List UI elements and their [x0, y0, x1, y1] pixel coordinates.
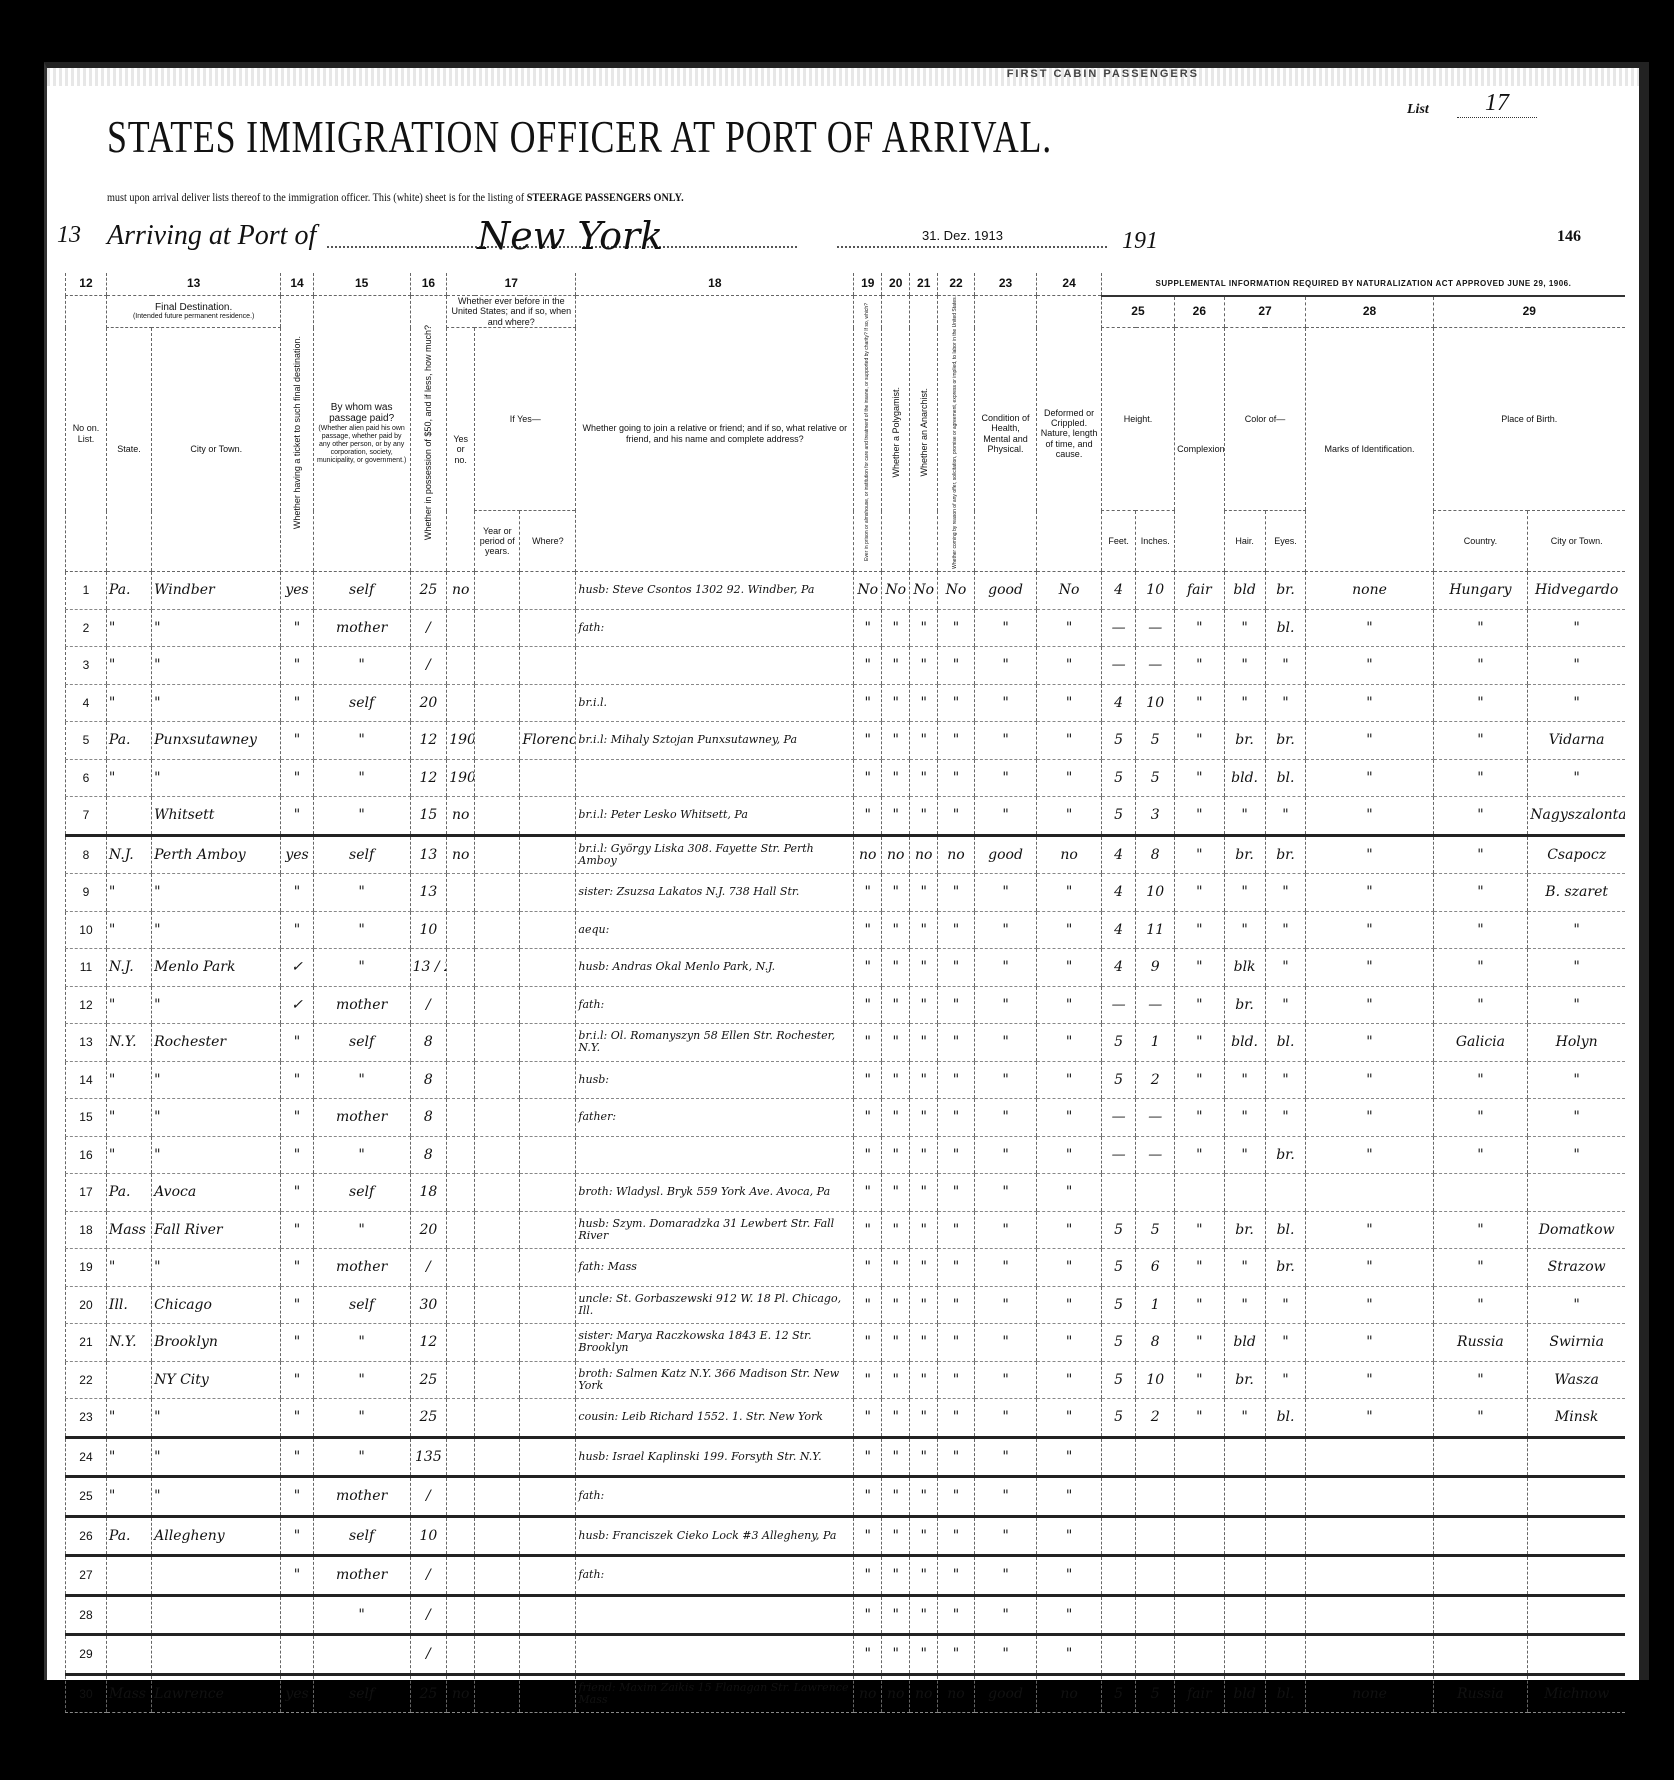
- cell-anarchist: ": [910, 1361, 938, 1399]
- col-num-19: 19: [854, 273, 882, 296]
- cell-complexion: ": [1175, 684, 1225, 722]
- cell-prison: ": [854, 1595, 882, 1635]
- cell-money: 10: [410, 911, 447, 949]
- cell-birth-city: ": [1528, 986, 1625, 1024]
- cell-health: ": [974, 911, 1036, 949]
- cell-relative: fath:: [576, 609, 854, 647]
- cell-before-yes-no: [447, 647, 475, 685]
- cell-height-feet: [1101, 1516, 1135, 1556]
- cell-state: ": [106, 1437, 151, 1477]
- cell-height-inches: [1136, 1437, 1175, 1477]
- cell-height-inches: 5: [1136, 1211, 1175, 1249]
- cell-height-inches: 5: [1136, 759, 1175, 797]
- cell-money: 18: [410, 1174, 447, 1212]
- cell-height-feet: [1101, 1556, 1135, 1596]
- cell-state: Mass: [106, 1211, 151, 1249]
- cell-ticket: ": [281, 1361, 313, 1399]
- cell-hair: ": [1224, 1286, 1265, 1324]
- cell-complexion: [1175, 1595, 1225, 1635]
- table-row: 30 Mass Lawrence yes self 25 no friend: …: [66, 1674, 1626, 1713]
- cell-passage-paid: ": [313, 1211, 410, 1249]
- cell-before-yes-no: [447, 1635, 475, 1675]
- cell-year-period: [475, 1136, 520, 1174]
- header-hair: Hair.: [1224, 511, 1265, 572]
- cell-city: ": [152, 911, 281, 949]
- cell-city: [152, 1556, 281, 1596]
- cell-passage-paid: ": [313, 911, 410, 949]
- top-strip: [47, 68, 1639, 86]
- cell-passage-paid: self: [313, 572, 410, 610]
- cell-deformed: ": [1037, 722, 1102, 760]
- cell-birth-country: ": [1433, 1099, 1528, 1137]
- col-num-21: 21: [910, 273, 938, 296]
- cell-anarchist: ": [910, 1516, 938, 1556]
- header-polygamist: Whether a Polygamist.: [882, 296, 910, 572]
- cell-passage-paid: self: [313, 1674, 410, 1713]
- cell-ticket: ": [281, 1286, 313, 1324]
- cell-contract: ": [938, 1024, 975, 1062]
- cell-height-inches: 2: [1136, 1061, 1175, 1099]
- header-city: City or Town.: [152, 328, 281, 572]
- table-row: 27 " mother / fath: " " " " " ": [66, 1556, 1626, 1596]
- cell-prison: ": [854, 1556, 882, 1596]
- cell-money: 25: [410, 572, 447, 610]
- cell-where: [520, 1674, 576, 1713]
- cell-marks: ": [1306, 1324, 1433, 1362]
- table-row: 8 N.J. Perth Amboy yes self 13 no br.i.l…: [66, 835, 1626, 874]
- cell-prison: ": [854, 911, 882, 949]
- anarchist-label: Whether an Anarchist.: [919, 388, 929, 477]
- cell-complexion: ": [1175, 835, 1225, 874]
- cell-city: Avoca: [152, 1174, 281, 1212]
- cell-relative: sister: Marya Raczkowska 1843 E. 12 Str.…: [576, 1324, 854, 1362]
- cell-prison: ": [854, 609, 882, 647]
- col-num-18: 18: [576, 273, 854, 296]
- row-number: 17: [66, 1174, 107, 1212]
- table-row: 7 Whitsett " " 15 no br.i.l: Peter Lesko…: [66, 797, 1626, 836]
- cell-eyes: ": [1265, 949, 1306, 987]
- cell-health: good: [974, 835, 1036, 874]
- cell-height-feet: [1101, 1477, 1135, 1517]
- cell-where: [520, 1099, 576, 1137]
- cell-complexion: ": [1175, 1136, 1225, 1174]
- cell-hair: bld.: [1224, 759, 1265, 797]
- cell-state: Pa.: [106, 1516, 151, 1556]
- cell-money: 25: [410, 1399, 447, 1438]
- cell-eyes: bl.: [1265, 1399, 1306, 1438]
- cell-complexion: [1175, 1635, 1225, 1675]
- cell-birth-city: ": [1528, 949, 1625, 987]
- cell-polygamist: ": [882, 1061, 910, 1099]
- cell-where: [520, 1286, 576, 1324]
- cell-contract: ": [938, 1477, 975, 1517]
- cell-height-inches: —: [1136, 1099, 1175, 1137]
- cell-anarchist: ": [910, 684, 938, 722]
- cell-relative: broth: Wladysl. Bryk 559 York Ave. Avoca…: [576, 1174, 854, 1212]
- cell-anarchist: ": [910, 1099, 938, 1137]
- cell-city: ": [152, 647, 281, 685]
- cell-health: ": [974, 949, 1036, 987]
- passage-paid-note: (Whether alien paid his own passage, whe…: [316, 425, 408, 465]
- cell-relative: aequ:: [576, 911, 854, 949]
- cell-relative: husb: Steve Csontos 1302 92. Windber, Pa: [576, 572, 854, 610]
- cell-money: 15: [410, 797, 447, 836]
- cell-prison: ": [854, 1136, 882, 1174]
- cell-polygamist: ": [882, 1211, 910, 1249]
- table-row: 16 " " " " 8 " " " " " " — — " " br. " "…: [66, 1136, 1626, 1174]
- cell-relative: husb:: [576, 1061, 854, 1099]
- cell-state: N.J.: [106, 949, 151, 987]
- top-strip-text: FIRST CABIN PASSENGERS: [1007, 68, 1199, 80]
- cell-money: 10: [410, 1516, 447, 1556]
- cell-ticket: yes: [281, 835, 313, 874]
- cell-prison: ": [854, 949, 882, 987]
- cell-marks: ": [1306, 1024, 1433, 1062]
- cell-city: Whitsett: [152, 797, 281, 836]
- row-number: 20: [66, 1286, 107, 1324]
- cell-eyes: bl.: [1265, 609, 1306, 647]
- cell-year-period: [475, 572, 520, 610]
- cell-before-yes-no: [447, 1286, 475, 1324]
- cell-where: [520, 1595, 576, 1635]
- cell-marks: [1306, 1516, 1433, 1556]
- cell-contract: ": [938, 759, 975, 797]
- cell-birth-city: Vidarna: [1528, 722, 1625, 760]
- cell-money: /: [410, 1635, 447, 1675]
- cell-ticket: ": [281, 1099, 313, 1137]
- cell-passage-paid: ": [313, 1136, 410, 1174]
- cell-state: N.Y.: [106, 1324, 151, 1362]
- cell-anarchist: ": [910, 1024, 938, 1062]
- manifest-sheet: FIRST CABIN PASSENGERS STATES IMMIGRATIO…: [44, 62, 1649, 1680]
- cell-height-inches: [1136, 1516, 1175, 1556]
- cell-deformed: ": [1037, 1556, 1102, 1596]
- row-number: 25: [66, 1477, 107, 1517]
- cell-eyes: ": [1265, 1286, 1306, 1324]
- arrival-row: 13 Arriving at Port of New York 31. Dez.…: [57, 218, 1617, 258]
- cell-state: ": [106, 1099, 151, 1137]
- contract-label: Whether coming by reason of any offer, s…: [953, 296, 959, 569]
- cell-polygamist: ": [882, 1174, 910, 1212]
- cell-deformed: ": [1037, 609, 1102, 647]
- cell-before-yes-no: [447, 1595, 475, 1635]
- subtitle-text: must upon arrival deliver lists thereof …: [107, 190, 527, 204]
- row-number: 3: [66, 647, 107, 685]
- cell-eyes: [1265, 1174, 1306, 1212]
- cell-hair: br.: [1224, 722, 1265, 760]
- cell-state: ": [106, 647, 151, 685]
- cell-prison: ": [854, 1437, 882, 1477]
- cell-ticket: ": [281, 1516, 313, 1556]
- cell-complexion: ": [1175, 1061, 1225, 1099]
- table-row: 19 " " " mother / fath: Mass " " " " " "…: [66, 1249, 1626, 1287]
- cell-city: ": [152, 684, 281, 722]
- header-if-yes: If Yes—: [475, 328, 576, 511]
- cell-prison: ": [854, 1249, 882, 1287]
- cell-money: 13: [410, 874, 447, 912]
- cell-money: 25: [410, 1361, 447, 1399]
- cell-height-inches: —: [1136, 1136, 1175, 1174]
- cell-health: ": [974, 1211, 1036, 1249]
- cell-polygamist: ": [882, 1399, 910, 1438]
- cell-height-feet: 5: [1101, 1324, 1135, 1362]
- cell-ticket: ": [281, 1399, 313, 1438]
- cell-eyes: bl.: [1265, 759, 1306, 797]
- cell-birth-country: ": [1433, 759, 1528, 797]
- cell-relative: broth: Salmen Katz N.Y. 366 Madison Str.…: [576, 1361, 854, 1399]
- cell-contract: ": [938, 1099, 975, 1137]
- cell-height-feet: 5: [1101, 1211, 1135, 1249]
- cell-height-feet: 5: [1101, 1399, 1135, 1438]
- cell-where: [520, 1249, 576, 1287]
- cell-city: [152, 1635, 281, 1675]
- cell-where: [520, 759, 576, 797]
- cell-before-yes-no: [447, 874, 475, 912]
- header-country: Country.: [1433, 511, 1528, 572]
- cell-before-yes-no: 1908/13: [447, 759, 475, 797]
- cell-marks: [1306, 1437, 1433, 1477]
- cell-prison: ": [854, 684, 882, 722]
- cell-prison: ": [854, 1324, 882, 1362]
- cell-deformed: no: [1037, 835, 1102, 874]
- cell-state: ": [106, 1136, 151, 1174]
- cell-anarchist: ": [910, 874, 938, 912]
- cell-ticket: ": [281, 684, 313, 722]
- cell-contract: ": [938, 1361, 975, 1399]
- cell-deformed: ": [1037, 1061, 1102, 1099]
- cell-deformed: ": [1037, 1361, 1102, 1399]
- cell-prison: no: [854, 835, 882, 874]
- cell-year-period: [475, 1061, 520, 1099]
- arrival-label: Arriving at Port of: [107, 220, 316, 252]
- cell-complexion: ": [1175, 1099, 1225, 1137]
- cell-birth-country: ": [1433, 797, 1528, 836]
- cell-complexion: ": [1175, 1324, 1225, 1362]
- cell-state: ": [106, 874, 151, 912]
- cell-state: ": [106, 1249, 151, 1287]
- cell-marks: ": [1306, 1211, 1433, 1249]
- row-number: 14: [66, 1061, 107, 1099]
- cell-city: Fall River: [152, 1211, 281, 1249]
- cell-money: /: [410, 1249, 447, 1287]
- cell-birth-country: Russia: [1433, 1674, 1528, 1713]
- cell-year-period: [475, 1635, 520, 1675]
- cell-anarchist: ": [910, 911, 938, 949]
- cell-city: Lawrence: [152, 1674, 281, 1713]
- cell-polygamist: ": [882, 1286, 910, 1324]
- cell-contract: ": [938, 1556, 975, 1596]
- cell-polygamist: ": [882, 1516, 910, 1556]
- cell-health: ": [974, 1136, 1036, 1174]
- cell-prison: ": [854, 986, 882, 1024]
- cell-birth-city: Domatkow: [1528, 1211, 1625, 1249]
- cell-birth-country: ": [1433, 1061, 1528, 1099]
- cell-height-inches: 10: [1136, 874, 1175, 912]
- table-row: 10 " " " " 10 aequ: " " " " " " 4 11 " "…: [66, 911, 1626, 949]
- cell-health: good: [974, 1674, 1036, 1713]
- cell-health: ": [974, 647, 1036, 685]
- cell-before-yes-no: no: [447, 572, 475, 610]
- cell-eyes: [1265, 1477, 1306, 1517]
- cell-contract: ": [938, 1136, 975, 1174]
- cell-height-feet: —: [1101, 647, 1135, 685]
- cell-year-period: [475, 1361, 520, 1399]
- cell-state: ": [106, 986, 151, 1024]
- cell-passage-paid: ": [313, 1595, 410, 1635]
- table-row: 9 " " " " 13 sister: Zsuzsa Lakatos N.J.…: [66, 874, 1626, 912]
- cell-complexion: ": [1175, 1399, 1225, 1438]
- table-row: 13 N.Y. Rochester " self 8 br.i.l: Ol. R…: [66, 1024, 1626, 1062]
- cell-relative: husb: Franciszek Cieko Lock #3 Allegheny…: [576, 1516, 854, 1556]
- cell-height-feet: —: [1101, 1136, 1135, 1174]
- cell-birth-city: [1528, 1437, 1625, 1477]
- cell-deformed: ": [1037, 1635, 1102, 1675]
- cell-birth-city: [1528, 1635, 1625, 1675]
- cell-health: ": [974, 874, 1036, 912]
- cell-eyes: ": [1265, 684, 1306, 722]
- cell-eyes: [1265, 1516, 1306, 1556]
- cell-contract: ": [938, 1516, 975, 1556]
- cell-state: [106, 1595, 151, 1635]
- cell-ticket: ": [281, 759, 313, 797]
- cell-passage-paid: mother: [313, 1249, 410, 1287]
- col-num-23: 23: [974, 273, 1036, 296]
- cell-where: [520, 1437, 576, 1477]
- header-final-destination: Final Destination. (Intended future perm…: [106, 296, 280, 328]
- cell-prison: ": [854, 759, 882, 797]
- row-number: 10: [66, 911, 107, 949]
- cell-birth-city: [1528, 1477, 1625, 1517]
- cell-prison: ": [854, 1516, 882, 1556]
- cell-birth-country: Galicia: [1433, 1024, 1528, 1062]
- cell-marks: ": [1306, 1249, 1433, 1287]
- cell-polygamist: ": [882, 1024, 910, 1062]
- cell-where: [520, 874, 576, 912]
- cell-prison: ": [854, 1024, 882, 1062]
- cell-eyes: ": [1265, 874, 1306, 912]
- cell-money: /: [410, 609, 447, 647]
- header-year-period: Year or period of years.: [475, 511, 520, 572]
- cell-birth-country: Hungary: [1433, 572, 1528, 610]
- cell-birth-city: Wasza: [1528, 1361, 1625, 1399]
- cell-marks: none: [1306, 572, 1433, 610]
- cell-where: [520, 911, 576, 949]
- cell-contract: ": [938, 1249, 975, 1287]
- cell-hair: [1224, 1477, 1265, 1517]
- cell-where: [520, 1324, 576, 1362]
- cell-where: [520, 949, 576, 987]
- cell-birth-city: Csapocz: [1528, 835, 1625, 874]
- table-row: 6 " " " " 12 1908/13 " " " " " " 5 5 " b…: [66, 759, 1626, 797]
- cell-relative: fath:: [576, 1477, 854, 1517]
- cell-birth-city: ": [1528, 1136, 1625, 1174]
- cell-deformed: ": [1037, 1516, 1102, 1556]
- cell-deformed: ": [1037, 1477, 1102, 1517]
- cell-anarchist: ": [910, 986, 938, 1024]
- cell-height-inches: 5: [1136, 722, 1175, 760]
- cell-height-feet: —: [1101, 1099, 1135, 1137]
- cell-year-period: [475, 722, 520, 760]
- cell-deformed: ": [1037, 911, 1102, 949]
- cell-birth-city: [1528, 1516, 1625, 1556]
- year-prefix: 191: [1122, 228, 1158, 255]
- cell-marks: none: [1306, 1674, 1433, 1713]
- cell-height-feet: [1101, 1595, 1135, 1635]
- cell-passage-paid: ": [313, 1361, 410, 1399]
- col-num-12: 12: [66, 273, 107, 296]
- cell-health: ": [974, 797, 1036, 836]
- cell-birth-country: ": [1433, 1286, 1528, 1324]
- cell-state: ": [106, 1399, 151, 1438]
- cell-anarchist: ": [910, 1399, 938, 1438]
- cell-year-period: [475, 949, 520, 987]
- cell-money: 8: [410, 1099, 447, 1137]
- cell-contract: ": [938, 1061, 975, 1099]
- cell-state: Pa.: [106, 572, 151, 610]
- page-title: STATES IMMIGRATION OFFICER AT PORT OF AR…: [107, 110, 1052, 163]
- cell-height-inches: 1: [1136, 1024, 1175, 1062]
- cell-money: /: [410, 986, 447, 1024]
- cell-year-period: [475, 1024, 520, 1062]
- cell-deformed: ": [1037, 1437, 1102, 1477]
- cell-contract: no: [938, 1674, 975, 1713]
- cell-polygamist: ": [882, 1635, 910, 1675]
- cell-before-yes-no: 1907/10: [447, 722, 475, 760]
- cell-birth-country: ": [1433, 722, 1528, 760]
- cell-contract: no: [938, 835, 975, 874]
- cell-ticket: ": [281, 1136, 313, 1174]
- cell-relative: [576, 1595, 854, 1635]
- cell-anarchist: ": [910, 1061, 938, 1099]
- cell-anarchist: ": [910, 1249, 938, 1287]
- cell-passage-paid: mother: [313, 1477, 410, 1517]
- cell-birth-city: Holyn: [1528, 1024, 1625, 1062]
- cell-city: NY City: [152, 1361, 281, 1399]
- cell-complexion: ": [1175, 759, 1225, 797]
- cell-height-feet: 4: [1101, 572, 1135, 610]
- cell-anarchist: ": [910, 1635, 938, 1675]
- cell-prison: ": [854, 1635, 882, 1675]
- cell-passage-paid: mother: [313, 609, 410, 647]
- cell-state: [106, 1556, 151, 1596]
- final-destination-note: (Intended future permanent residence.): [109, 313, 278, 321]
- row-number: 27: [66, 1556, 107, 1596]
- cell-complexion: [1175, 1556, 1225, 1596]
- list-label: List: [1407, 102, 1429, 118]
- cell-hair: ": [1224, 797, 1265, 836]
- cell-height-feet: [1101, 1174, 1135, 1212]
- cell-complexion: [1175, 1477, 1225, 1517]
- cell-anarchist: ": [910, 1211, 938, 1249]
- cell-before-yes-no: [447, 1249, 475, 1287]
- cell-eyes: ": [1265, 647, 1306, 685]
- cell-birth-country: ": [1433, 911, 1528, 949]
- cell-complexion: ": [1175, 949, 1225, 987]
- cell-eyes: [1265, 1556, 1306, 1596]
- cell-year-period: [475, 1437, 520, 1477]
- cell-ticket: ": [281, 722, 313, 760]
- cell-deformed: ": [1037, 874, 1102, 912]
- cell-relative: cousin: Leib Richard 1552. 1. Str. New Y…: [576, 1399, 854, 1438]
- cell-hair: ": [1224, 1249, 1265, 1287]
- row-number: 23: [66, 1399, 107, 1438]
- cell-contract: ": [938, 1174, 975, 1212]
- cell-health: ": [974, 1437, 1036, 1477]
- cell-where: [520, 1361, 576, 1399]
- cell-money: 8: [410, 1061, 447, 1099]
- cell-height-feet: 5: [1101, 1061, 1135, 1099]
- cell-complexion: [1175, 1516, 1225, 1556]
